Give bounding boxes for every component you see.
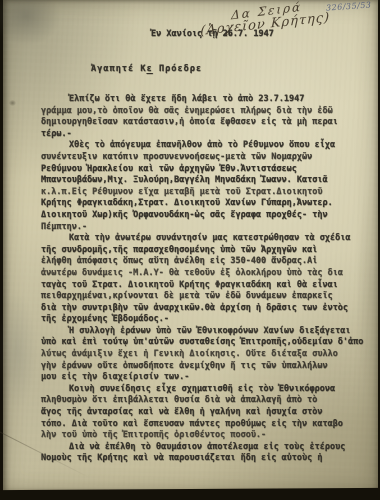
- body-line: Ἐλπίζω ὅτι θὰ ἔχετε ἤδη λάβει τὸ ἀπὸ 23.…: [41, 94, 373, 106]
- body-line: δημιουργηθεῖσαν κατάστασιν,ἡ ὁποία ἔφθασ…: [41, 117, 373, 129]
- body-line: ἐλήφθη ἀπόφασις ὅπως αὕτη ἀνέλθη εἰς 350…: [41, 256, 373, 268]
- body-line: ἄγος τῆς ἀνταρσίας καὶ νὰ ἔλθη ἡ γαλήνη …: [41, 407, 373, 419]
- body-line: Διὰ νὰ ἐπέλθη τὸ θαυμάσιον ἀποτέλεσμα εἰ…: [41, 442, 373, 454]
- body-line: ὑπὸ καὶ ἐπὶ τούτῳ ὑπ'αὐτῶν συσταθείσης Ἐ…: [41, 337, 373, 349]
- body-line: Διοικητοῦ Χωρ)κῆς Ὀρφανουδάκη-ὡς σᾶς ἔγρ…: [41, 210, 373, 222]
- body-line: διὰ τὴν συντριβὴν τῶν ἀναρχικῶν.Θὰ ἀρχίσ…: [41, 303, 373, 315]
- body-line: κ.λ.π.Εἰς Ρέθυμνον εἴχα μεταβῆ μετὰ τοῦ …: [41, 187, 373, 199]
- body-line: Νομοὺς τῆς Κρήτης καὶ νὰ παρουσιάζεται ἤ…: [41, 453, 373, 465]
- body-line: Κατὰ τὴν ἀνωτέρω συνάντησίν μας κατεστρώ…: [41, 233, 373, 245]
- body-line: τῆς ἐρχομένης Ἑβδομάδος.-: [41, 314, 373, 326]
- letter-body: Ἐλπίζω ὅτι θὰ ἔχετε ἤδη λάβει τὸ ἀπὸ 23.…: [41, 94, 373, 465]
- body-line: Πέμπτην.-: [41, 222, 373, 234]
- body-line: λύτως ἀνάμιξιν ἔχει ἡ Γενικὴ Διοίκησις. …: [41, 349, 373, 361]
- body-line: γὴν ἐράνων οὔτε ὁπωσδήποτε ἀνεμίχθην ἤ τ…: [41, 361, 373, 373]
- body-line: συνέντευξιν κατόπιν προσυνεννοήσεως-μετὰ…: [41, 152, 373, 164]
- scanned-letter-paper: Δα Σειρά (Ἀρχεῖον Κρήτης) 326/35/53 Ἐν Χ…: [3, 0, 378, 492]
- ink-dot-stain: [9, 100, 16, 106]
- body-line: Χθὲς τὸ ἀπόγευμα ἐπανῆλθον ἀπὸ τὸ Ρέθυμν…: [41, 140, 373, 152]
- salutation: Ἀγαπητέ Κε Πρόεδρε: [91, 64, 202, 74]
- body-line: ταγὰς τοῦ Στρατ. Διοικητοῦ Κρήτης Φραγκι…: [41, 280, 373, 292]
- body-line: τῆς συνδρομῆς,τῆς παρασχεθησομένης ὑπὸ τ…: [41, 245, 373, 257]
- salutation-suffix: Πρόεδρε: [153, 64, 202, 74]
- body-line: πειθαρχημέναι,κρίνονται δὲ μετὰ τῶν ἐδῶ …: [41, 291, 373, 303]
- body-line: πληθυσμὸν ὅτι ἐπιβάλλεται θυσία διὰ νὰ ἀ…: [41, 395, 373, 407]
- body-line: γράμμα μου,τὸ ὁποῖον θὰ σᾶς ἐνημερώσει π…: [41, 106, 373, 118]
- body-line: Κοινὴ συνείδησις εἶχε σχηματισθῆ εἰς τὸν…: [41, 384, 373, 396]
- body-line: Κρήτης Φραγκιαδάκη,Στρατ. Διοικητοῦ Χανί…: [41, 198, 373, 210]
- scan-edge-bottom: [0, 488, 380, 500]
- body-line: τέρω.-: [41, 129, 373, 141]
- place-date-line: Ἐν Χανίοις τῇ 26.7. 1947: [151, 29, 274, 39]
- body-line: Μπαντουβάδων,Μιχ. Ξυλούρη,Βαγγέλη Μηναδά…: [41, 175, 373, 187]
- corner-shadow-stain: [0, 0, 61, 46]
- body-line: Ρεθύμνου Ἡρακλείου καὶ τῶν ἀρχηγῶν Ἐθν.Ἀ…: [41, 164, 373, 176]
- salutation-prefix: Ἀγαπητέ Κ: [91, 64, 147, 74]
- body-line: Ἡ συλλογὴ ἐράνων ὑπὸ τῶν Ἐθνικοφρόνων Χα…: [41, 326, 373, 338]
- body-line: ἀνωτέρω δυνάμεις -Μ.Α.Υ- θὰ τεθοῦν ἐξ ὁλ…: [41, 268, 373, 280]
- archive-reference-number: 326/35/53: [326, 0, 372, 12]
- body-line: μου εἰς τὴν διαχείρισίν των.-: [41, 372, 373, 384]
- body-line: λὴν τοῦ ὑπὸ τῆς Ἐπιτροπῆς ὁρισθέντος ποσ…: [41, 430, 373, 442]
- left-margin-smudge: [0, 290, 37, 410]
- body-line: τόπο. Διὰ τοῦτο καὶ ἔσπευσαν πάντες προθ…: [41, 419, 373, 431]
